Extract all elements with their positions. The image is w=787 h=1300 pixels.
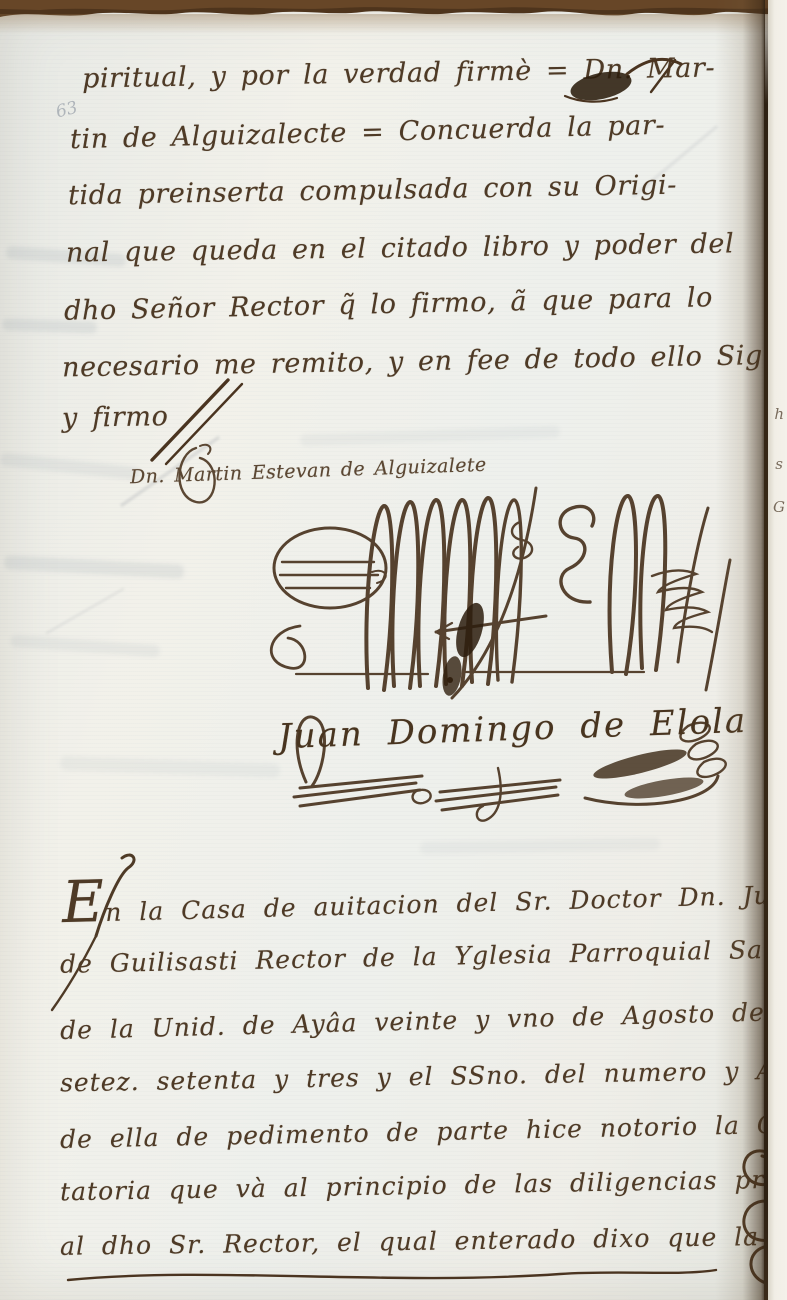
bleedthrough-texture [420,838,660,854]
manuscript-page: 63 piritual, y por la verdad firmè = Dn.… [0,0,787,1300]
bottom-rule-line [60,1262,730,1290]
manuscript-line: al dho Sr. Rector, el qual enterado dixo… [60,1222,787,1259]
manuscript-line: tin de Alguizalecte = Concuerda la par- [70,112,666,154]
bleedthrough-texture [300,425,560,446]
manuscript-line: tida preinserta compulsada con su Origi- [68,172,677,210]
notarial-rubric-flourish [0,480,787,830]
manuscript-line: setez. setenta y tres y el SSno. del num… [60,1056,787,1096]
manuscript-line: En la Casa de auitacion del Sr. Doctor D… [62,869,787,926]
corner-page-mark: 63 [54,98,80,123]
manuscript-line: de la Unid. de Ayâa veinte y vno de Agos… [60,998,787,1043]
next-page-text-fragment: s [775,455,783,473]
manuscript-line: de Guilisasti Rector de la Yglesia Parro… [60,934,787,977]
next-page-text-fragment: G [773,498,785,516]
manuscript-line: tatoria que và al principio de las dilig… [60,1165,787,1205]
page-fold-shadow [715,0,765,1300]
manuscript-line: de ella de pedimento de parte hice notor… [60,1109,787,1152]
manuscript-line: dho Señor Rector q̃ lo firmo, ã que para… [64,284,713,325]
manuscript-line: nal que queda en el citado libro y poder… [66,230,735,266]
torn-edge-soft-shadow [0,14,787,34]
bleedthrough-texture [0,453,140,481]
heavy-ink-abbreviation-mark [555,52,695,116]
next-page-text-fragment: h [774,405,784,423]
next-page-sliver [768,0,787,1300]
